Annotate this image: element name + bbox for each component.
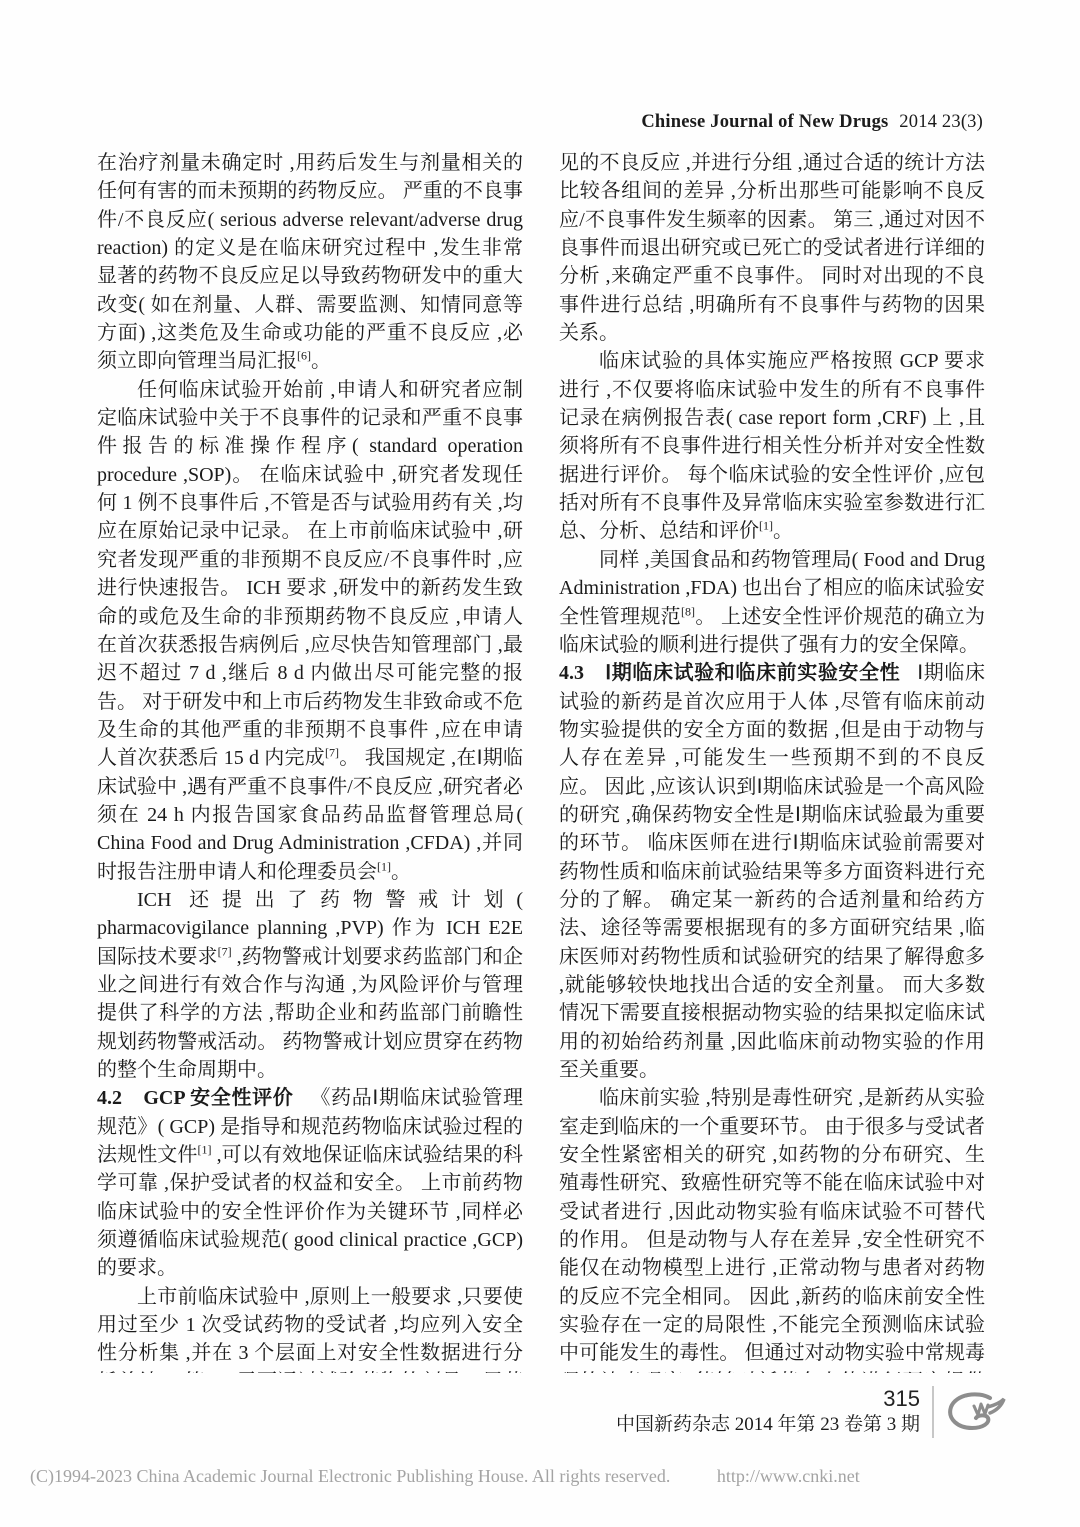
footer-text-block: 315 中国新药杂志 2014 年第 23 卷第 3 期 bbox=[616, 1386, 932, 1438]
left-column: 在治疗剂量未确定时 ,用药后发生与剂量相关的任何有害的而未预期的药物反应。 严重… bbox=[97, 149, 523, 1373]
citation-superscript: [7] bbox=[325, 746, 339, 760]
citation-superscript: [6] bbox=[297, 349, 311, 363]
page-footer: 315 中国新药杂志 2014 年第 23 卷第 3 期 bbox=[616, 1386, 1008, 1438]
citation-superscript: [8] bbox=[681, 604, 695, 618]
journal-issue: 2014 23(3) bbox=[899, 112, 983, 132]
section-paragraph: 4.2 GCP 安全性评价《药品Ⅰ期临床试验管理规范》( GCP) 是指导和规范… bbox=[97, 1084, 523, 1282]
paragraph-text: 在治疗剂量未确定时 ,用药后发生与剂量相关的任何有害的而未预期的药物反应。 严重… bbox=[97, 152, 523, 372]
paragraph: 见的不良反应 ,并进行分组 ,通过合适的统计方法比较各组间的差异 ,分析出那些可… bbox=[559, 149, 985, 347]
paragraph: ICH 还提出了药物警戒计划( pharmacovigilance planni… bbox=[97, 886, 523, 1084]
paragraph: 任何临床试验开始前 ,申请人和研究者应制定临床试验中关于不良事件的记录和严重不良… bbox=[97, 376, 523, 886]
paragraph: 上市前临床试验中 ,原则上一般要求 ,只要使用过至少 1 次受试药物的受试者 ,… bbox=[97, 1283, 523, 1373]
copyright-line: (C)1994-2023 China Academic Journal Elec… bbox=[30, 1466, 860, 1487]
paragraph: 在治疗剂量未确定时 ,用药后发生与剂量相关的任何有害的而未预期的药物反应。 严重… bbox=[97, 149, 523, 376]
paragraph-text: 上市前临床试验中 ,原则上一般要求 ,只要使用过至少 1 次受试药物的受试者 ,… bbox=[97, 1286, 523, 1373]
right-column: 见的不良反应 ,并进行分组 ,通过合适的统计方法比较各组间的差异 ,分析出那些可… bbox=[559, 149, 985, 1373]
section-heading: 4.2 GCP 安全性评价 bbox=[97, 1087, 293, 1109]
paragraph: 同样 ,美国食品和药物管理局( Food and Drug Administra… bbox=[559, 546, 985, 659]
paragraph-text: Ⅰ期临床试验的新药是首次应用于人体 ,尽管有临床前动物实验提供的安全方面的数据 … bbox=[559, 662, 985, 1081]
paragraph: 临床前实验 ,特别是毒性研究 ,是新药从实验室走到临床的一个重要环节。 由于很多… bbox=[559, 1084, 985, 1373]
paragraph: 临床试验的具体实施应严格按照 GCP 要求进行 ,不仅要将临床试验中发生的所有不… bbox=[559, 347, 985, 545]
citation-superscript: [7] bbox=[218, 944, 232, 958]
paragraph-text: ICH 还提出了药物警戒计划( pharmacovigilance planni… bbox=[97, 889, 523, 1081]
copyright-text: (C)1994-2023 China Academic Journal Elec… bbox=[30, 1466, 670, 1486]
paragraph-text: 同样 ,美国食品和药物管理局( Food and Drug Administra… bbox=[559, 549, 985, 656]
paragraph-text: 任何临床试验开始前 ,申请人和研究者应制定临床试验中关于不良事件的记录和严重不良… bbox=[97, 379, 523, 883]
cnki-url: http://www.cnki.net bbox=[717, 1466, 860, 1486]
section-heading: 4.3 Ⅰ期临床试验和临床前实验安全性 bbox=[559, 662, 900, 684]
journal-citation-chinese: 中国新药杂志 2014 年第 23 卷第 3 期 bbox=[616, 1412, 920, 1438]
cnki-swoosh-logo-icon bbox=[934, 1386, 1008, 1438]
citation-superscript: [1] bbox=[197, 1142, 211, 1156]
citation-superscript: [1] bbox=[759, 519, 773, 533]
journal-scan-page: Chinese Journal of New Drugs 2014 23(3) … bbox=[0, 0, 1080, 1527]
paragraph-text: 《药品Ⅰ期临床试验管理规范》( GCP) 是指导和规范药物临床试验过程的法规性文… bbox=[97, 1087, 523, 1279]
article-body: 在治疗剂量未确定时 ,用药后发生与剂量相关的任何有害的而未预期的药物反应。 严重… bbox=[97, 149, 985, 1373]
paragraph-text: 临床试验的具体实施应严格按照 GCP 要求进行 ,不仅要将临床试验中发生的所有不… bbox=[559, 350, 985, 542]
running-head: Chinese Journal of New Drugs 2014 23(3) bbox=[641, 112, 983, 133]
section-paragraph: 4.3 Ⅰ期临床试验和临床前实验安全性Ⅰ期临床试验的新药是首次应用于人体 ,尽管… bbox=[559, 659, 985, 1084]
citation-superscript: [1] bbox=[377, 859, 391, 873]
page-number: 315 bbox=[616, 1386, 920, 1412]
paragraph-text: 临床前实验 ,特别是毒性研究 ,是新药从实验室走到临床的一个重要环节。 由于很多… bbox=[559, 1087, 985, 1373]
journal-title-english: Chinese Journal of New Drugs bbox=[641, 112, 888, 132]
paragraph-text: 见的不良反应 ,并进行分组 ,通过合适的统计方法比较各组间的差异 ,分析出那些可… bbox=[559, 152, 985, 344]
